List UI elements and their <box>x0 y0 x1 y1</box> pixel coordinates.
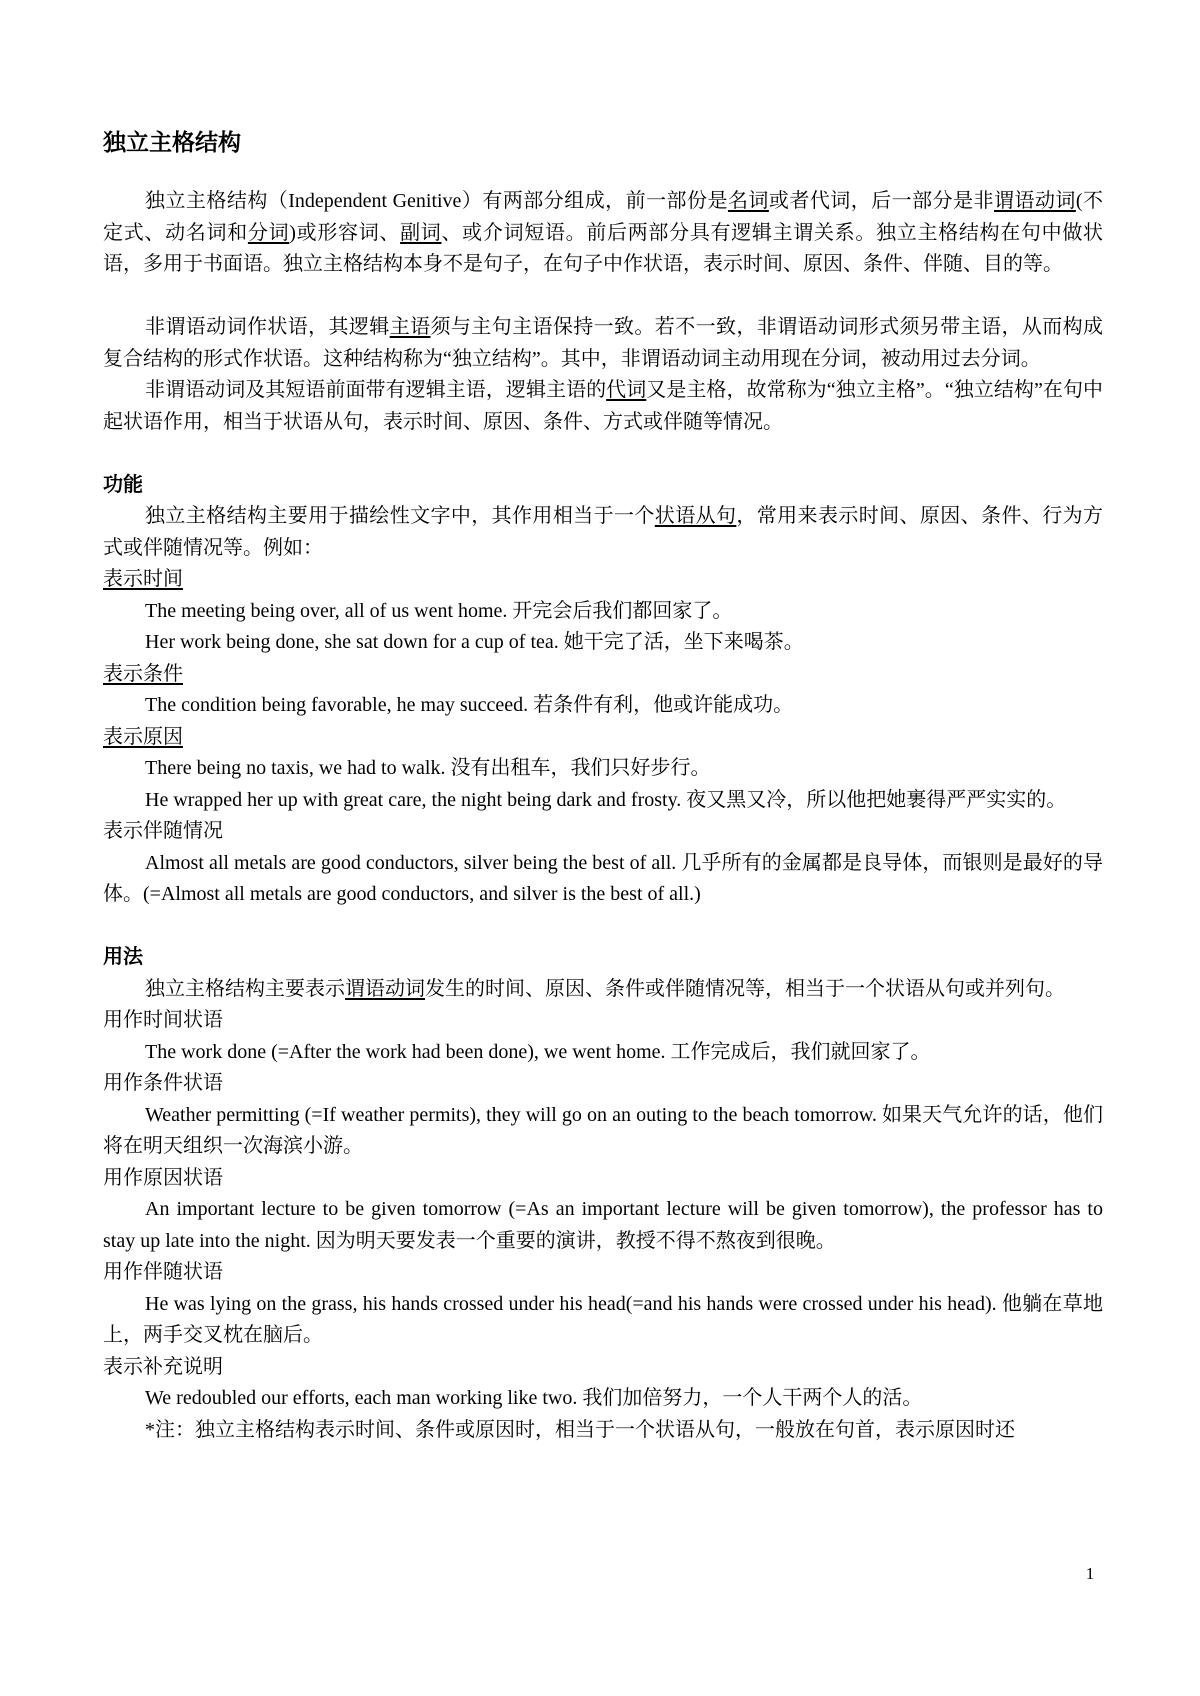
usage-paragraph: 独立主格结构主要表示谓语动词发生的时间、原因、条件或伴随情况等，相当于一个状语从… <box>103 974 1103 1006</box>
text-segment: 用作伴随状语 <box>103 1261 223 1283</box>
underlined-term: 谓语动词 <box>345 978 425 1000</box>
label-usage-accompanying: 用作伴随状语 <box>103 1257 1103 1289</box>
text-segment: *注：独立主格结构表示时间、条件或原因时，相当于一个状语从句，一般放在句首，表示… <box>145 1419 1015 1441</box>
underlined-term: 副词 <box>400 222 441 244</box>
blank-line-2 <box>103 438 1103 470</box>
label-usage-time: 用作时间状语 <box>103 1005 1103 1037</box>
underlined-term: 表示时间 <box>103 568 183 590</box>
label-condition: 表示条件 <box>103 659 1103 691</box>
text-segment: The meeting being over, all of us went h… <box>145 600 732 622</box>
document-title: 独立主格结构 <box>103 128 1103 158</box>
text-segment: There being no taxis, we had to walk. 没有… <box>145 757 710 779</box>
example-supplement: We redoubled our efforts, each man worki… <box>103 1383 1103 1415</box>
label-accompanying: 表示伴随情况 <box>103 816 1103 848</box>
text-segment: 非谓语动词及其短语前面带有逻辑主语，逻辑主语的 <box>145 379 606 401</box>
text-segment: Almost all metals are good conductors, s… <box>103 852 1103 906</box>
document-content: 独立主格结构 独立主格结构（Independent Genitive）有两部分组… <box>103 128 1103 1446</box>
text-segment: 独立主格结构主要用于描绘性文字中，其作用相当于一个 <box>145 505 655 527</box>
text-segment: 用作条件状语 <box>103 1072 223 1094</box>
blank-line-1 <box>103 281 1103 313</box>
text-segment: 独立主格结构（Independent Genitive）有两部分组成，前一部份是 <box>145 190 728 212</box>
text-segment: 发生的时间、原因、条件或伴随情况等，相当于一个状语从句或并列句。 <box>425 978 1065 1000</box>
text-segment: We redoubled our efforts, each man worki… <box>145 1387 922 1409</box>
example-time-2: Her work being done, she sat down for a … <box>103 627 1103 659</box>
text-segment: The condition being favorable, he may su… <box>145 694 793 716</box>
text-segment: An important lecture to be given tomorro… <box>103 1198 1103 1252</box>
text-segment: 独立主格结构主要表示 <box>145 978 345 1000</box>
label-supplement: 表示补充说明 <box>103 1352 1103 1384</box>
underlined-term: 表示原因 <box>103 726 183 748</box>
document-blocks: 独立主格结构（Independent Genitive）有两部分组成，前一部份是… <box>103 186 1103 1446</box>
text-segment: 表示伴随情况 <box>103 820 223 842</box>
usage-heading: 用法 <box>103 942 1103 974</box>
underlined-term: 名词 <box>728 190 769 212</box>
blank-line-3 <box>103 911 1103 943</box>
note-paragraph: *注：独立主格结构表示时间、条件或原因时，相当于一个状语从句，一般放在句首，表示… <box>103 1415 1103 1447</box>
text-segment: 表示补充说明 <box>103 1356 223 1378</box>
example-reason-2: He wrapped her up with great care, the n… <box>103 785 1103 817</box>
underlined-term: 谓语动词 <box>994 190 1076 212</box>
example-usage-condition: Weather permitting (=If weather permits)… <box>103 1100 1103 1163</box>
text-segment: Weather permitting (=If weather permits)… <box>103 1104 1103 1158</box>
function-heading: 功能 <box>103 470 1103 502</box>
example-accompanying-1: Almost all metals are good conductors, s… <box>103 848 1103 911</box>
underlined-term: 代词 <box>606 379 646 401</box>
example-usage-accompanying: He was lying on the grass, his hands cro… <box>103 1289 1103 1352</box>
example-reason-1: There being no taxis, we had to walk. 没有… <box>103 753 1103 785</box>
text-segment: Her work being done, she sat down for a … <box>145 631 804 653</box>
text-segment: 用作时间状语 <box>103 1009 223 1031</box>
document-page: { "page": { "page_number": "1" }, "docum… <box>0 0 1200 1696</box>
text-segment: He was lying on the grass, his hands cro… <box>103 1293 1103 1347</box>
label-usage-condition: 用作条件状语 <box>103 1068 1103 1100</box>
example-condition-1: The condition being favorable, he may su… <box>103 690 1103 722</box>
underlined-term: 表示条件 <box>103 663 183 685</box>
underlined-term: 状语从句 <box>655 505 737 527</box>
text-segment: 用作原因状语 <box>103 1167 223 1189</box>
text-segment: 用法 <box>103 946 143 968</box>
nonfinite-paragraph-1: 非谓语动词作状语，其逻辑主语须与主句主语保持一致。若不一致，非谓语动词形式须另带… <box>103 312 1103 375</box>
function-paragraph: 独立主格结构主要用于描绘性文字中，其作用相当于一个状语从句，常用来表示时间、原因… <box>103 501 1103 564</box>
label-time: 表示时间 <box>103 564 1103 596</box>
text-segment: 或者代词，后一部分是非 <box>769 190 994 212</box>
text-segment: 功能 <box>103 474 143 496</box>
text-segment: He wrapped her up with great care, the n… <box>145 789 1066 811</box>
example-usage-time: The work done (=After the work had been … <box>103 1037 1103 1069</box>
underlined-term: 主语 <box>390 316 431 338</box>
text-segment: )或形容词、 <box>289 222 400 244</box>
example-usage-reason: An important lecture to be given tomorro… <box>103 1194 1103 1257</box>
text-segment: 非谓语动词作状语，其逻辑 <box>145 316 390 338</box>
nonfinite-paragraph-2: 非谓语动词及其短语前面带有逻辑主语，逻辑主语的代词又是主格，故常称为“独立主格”… <box>103 375 1103 438</box>
text-segment: The work done (=After the work had been … <box>145 1041 931 1063</box>
example-time-1: The meeting being over, all of us went h… <box>103 596 1103 628</box>
label-reason: 表示原因 <box>103 722 1103 754</box>
page-number: 1 <box>1070 1564 1110 1584</box>
intro-paragraph: 独立主格结构（Independent Genitive）有两部分组成，前一部份是… <box>103 186 1103 281</box>
underlined-term: 分词 <box>248 222 289 244</box>
label-usage-reason: 用作原因状语 <box>103 1163 1103 1195</box>
